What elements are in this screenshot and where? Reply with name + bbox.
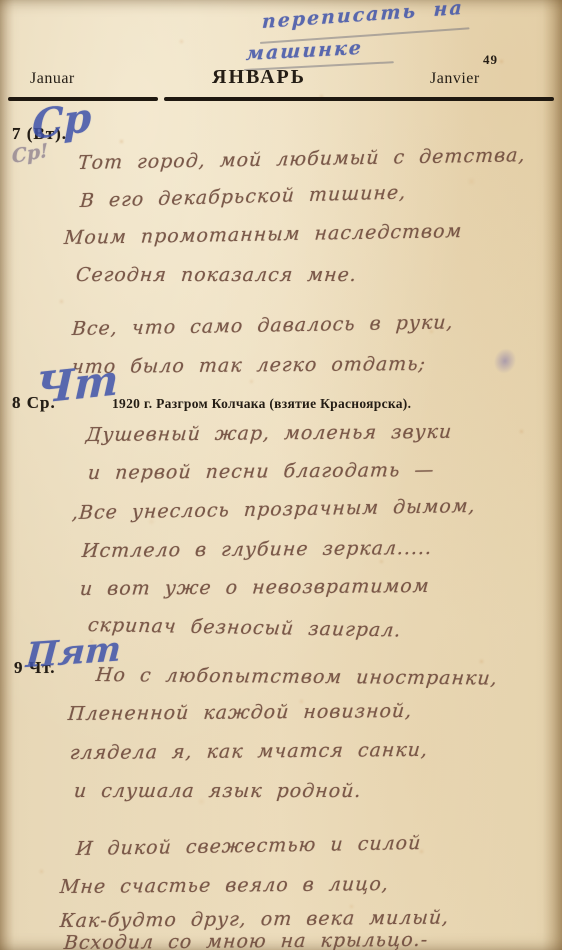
handwritten-line: Сегодня показался мне. (75, 264, 358, 286)
header-rule-right (164, 97, 554, 101)
handwritten-line: и слушала язык родной. (73, 780, 362, 802)
handwritten-line: скрипач безносый заиграл. (87, 614, 403, 641)
handwritten-line: и вот уже о невозвратимом (79, 575, 430, 600)
blue-correction-8: Чт (35, 355, 119, 413)
handwritten-line: ,Все унеслось прозрачным дымом, (71, 495, 476, 524)
month-header-german: Januar (30, 70, 75, 88)
handwritten-line: Душевный жар, моленья звуки (85, 421, 453, 446)
handwritten-line: Моим промотанным наследством (63, 220, 463, 249)
handwritten-line: глядела я, как мчатся санки, (69, 739, 429, 764)
month-header-french: Janvier (430, 70, 480, 88)
paper-fibers (0, 0, 3, 3)
handwritten-line: что было так легко отдать; (71, 353, 427, 378)
page-number: 49 (483, 52, 498, 68)
top-note-line-1: переписать на (262, 0, 464, 33)
handwritten-line: Тот город, мой любимый с детства, (77, 144, 526, 174)
handwritten-line: Всходил со мною на крыльцо.- (63, 929, 429, 950)
pencil-correction-7: Ср! (11, 140, 49, 168)
diary-page: переписать на машинке 49 Januar ЯНВАРЬ J… (0, 0, 562, 950)
handwritten-line: И дикой свежестью и силой (75, 832, 422, 860)
top-note-line-2: машинке (245, 37, 363, 65)
holiday-note: 1920 г. Разгром Колчака (взятие Краснояр… (112, 396, 411, 412)
handwritten-line: В его декабрьской тишине, (79, 181, 407, 212)
handwritten-line: Истлело в глубине зеркал..... (81, 537, 433, 562)
month-title: ЯНВАРЬ (212, 66, 306, 89)
handwritten-line: Но с любопытством иностранки, (95, 664, 499, 689)
handwritten-line: Мне счастье веяло в лицо, (59, 873, 390, 898)
handwritten-line: и первой песни благодать — (87, 459, 435, 484)
ink-smudge (490, 345, 520, 377)
handwritten-line: Все, что само давалось в руки, (71, 311, 454, 340)
handwritten-line: Плененной каждой новизной, (67, 700, 413, 725)
